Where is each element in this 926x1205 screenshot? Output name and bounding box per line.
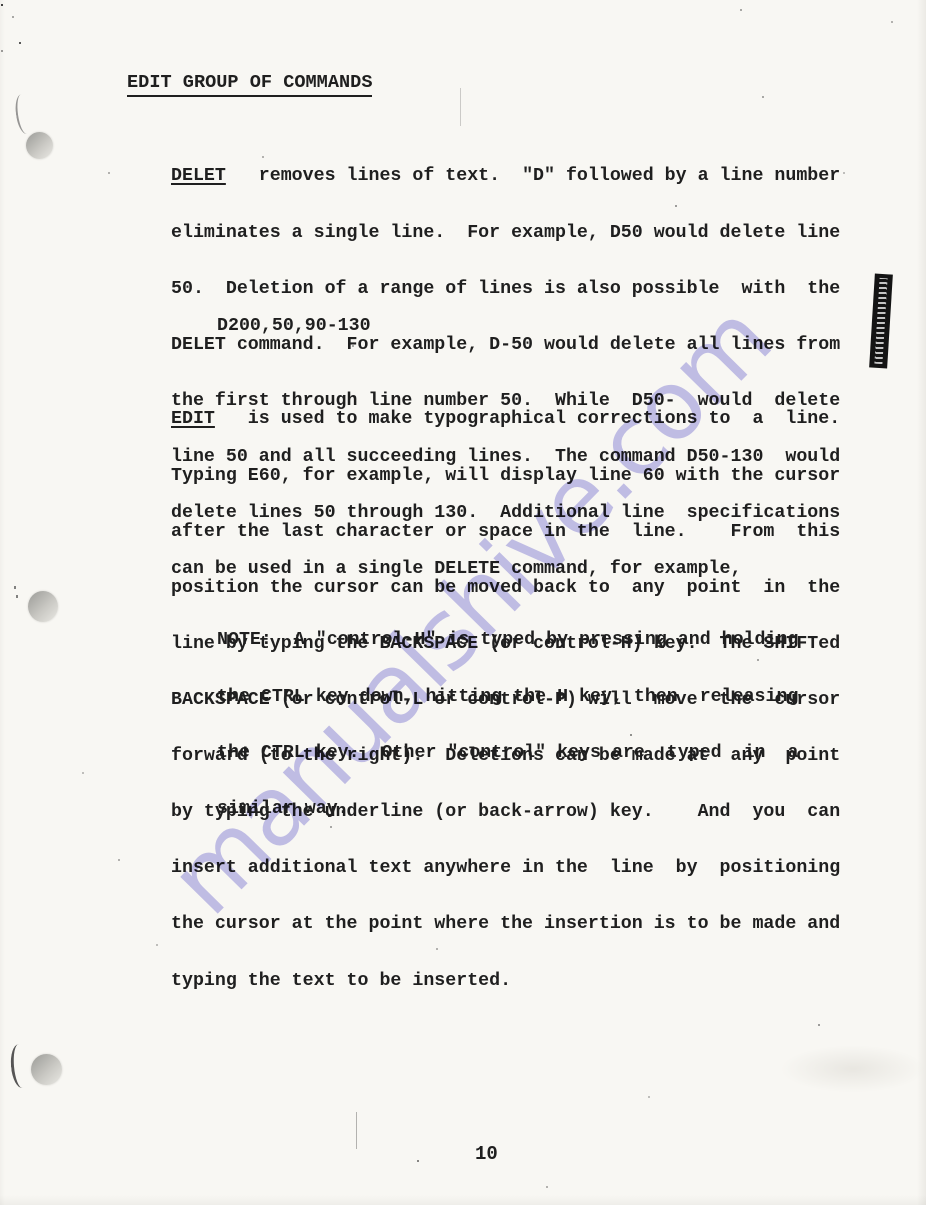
page-title: EDIT GROUP OF COMMANDS (127, 72, 372, 97)
text-line-rest: removes lines of text. "D" followed by a… (226, 166, 840, 186)
text-line: insert additional text anywhere in the l… (171, 859, 840, 878)
text-line: the cursor at the point where the insert… (171, 915, 840, 934)
text-line-rest: is used to make typographical correction… (215, 409, 840, 429)
scan-speck (16, 595, 18, 598)
pen-crescent-mark (13, 93, 34, 135)
delet-keyword: DELET (171, 166, 226, 186)
punch-hole (31, 1054, 62, 1085)
scan-artifact-line (460, 88, 461, 126)
text-line: after the last character or space in the… (171, 523, 840, 542)
text-line: the CTRL key down, hitting the H key, th… (217, 688, 798, 707)
text-line: 50. Deletion of a range of lines is also… (171, 280, 840, 299)
punch-hole (28, 591, 58, 622)
black-edge-tab-marker (869, 274, 893, 369)
scanned-manual-page: EDIT GROUP OF COMMANDS DELET removes lin… (0, 0, 926, 1205)
scan-stain (780, 1045, 926, 1093)
delete-command-example: D200,50,90-130 (217, 317, 371, 336)
scan-noise-specks (0, 0, 2, 2)
pen-crescent-mark (9, 1043, 32, 1088)
text-line: DELET removes lines of text. "D" followe… (171, 167, 840, 186)
punch-hole (26, 132, 53, 159)
text-line: EDIT is used to make typographical corre… (171, 410, 840, 429)
scan-artifact-line (356, 1112, 357, 1149)
page-number: 10 (475, 1143, 498, 1165)
scan-speck (14, 586, 16, 589)
text-line: NOTE: A "control-H" is typed by pressing… (217, 631, 798, 650)
text-line: similar way. (217, 800, 798, 819)
text-line: the CTRL key. Other "control" keys are t… (217, 744, 798, 763)
text-line: DELET command. For example, D-50 would d… (171, 336, 840, 355)
edit-keyword: EDIT (171, 409, 215, 429)
text-line: eliminates a single line. For example, D… (171, 224, 840, 243)
text-line: Typing E60, for example, will display li… (171, 467, 840, 486)
text-line: typing the text to be inserted. (171, 972, 840, 991)
note-block: NOTE: A "control-H" is typed by pressing… (217, 594, 798, 856)
